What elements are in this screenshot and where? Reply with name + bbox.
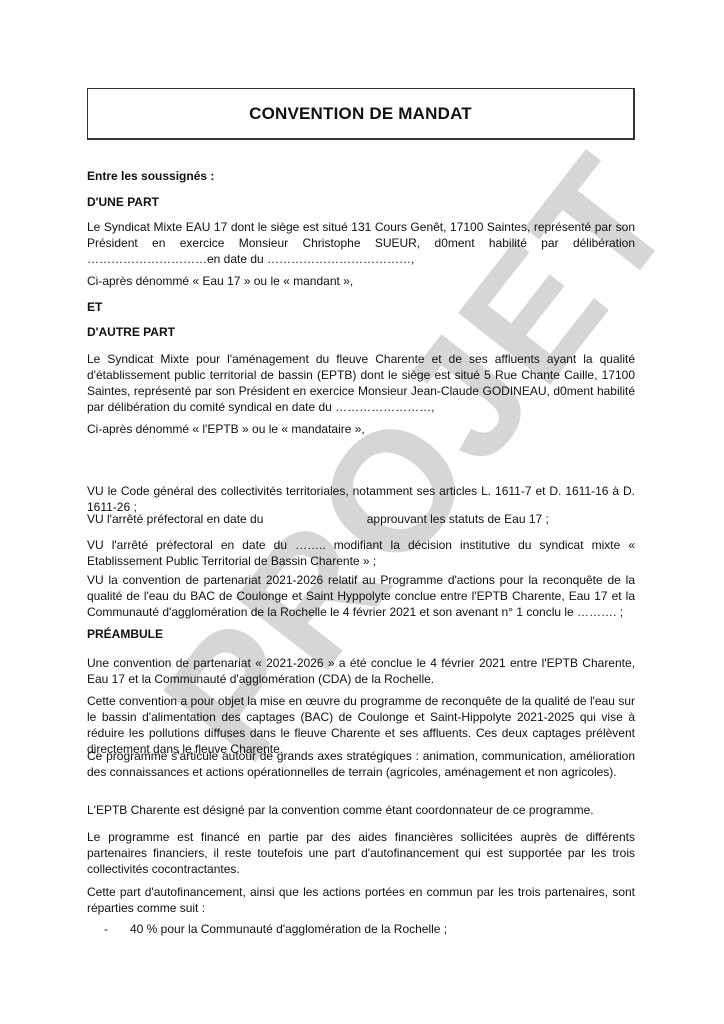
vu-clause-4: VU la convention de partenariat 2021-202… (87, 572, 635, 620)
bullet-item: 40 % pour la Communauté d'agglomération … (130, 922, 447, 936)
intro-label: Entre les soussignés : (87, 168, 635, 184)
part-two-heading: D'AUTRE PART (87, 324, 635, 340)
preamble-paragraph-4: L'EPTB Charente est désigné par la conve… (87, 802, 635, 818)
vu-clause-2: VU l'arrêté préfectoral en date du appro… (87, 511, 635, 527)
and-label: ET (87, 299, 635, 315)
part-one-text: Le Syndicat Mixte EAU 17 dont le siège e… (87, 219, 635, 267)
preamble-heading: PRÉAMBULE (87, 626, 635, 642)
bullet-marker: - (104, 922, 108, 936)
document-page: PROJET CONVENTION DE MANDAT Entre les so… (0, 0, 724, 1024)
preamble-paragraph-5: Le programme est financé en partie par d… (87, 829, 635, 877)
preamble-paragraph-1: Une convention de partenariat « 2021-202… (87, 655, 635, 687)
title-box: CONVENTION DE MANDAT (87, 88, 635, 140)
document-title: CONVENTION DE MANDAT (249, 104, 472, 124)
vu-clause-3: VU l'arrêté préfectoral en date du …….. … (87, 537, 635, 569)
part-two-alias: Ci-après dénommé « l'EPTB » ou le « mand… (87, 421, 635, 437)
preamble-paragraph-6: Cette part d'autofinancement, ainsi que … (87, 884, 635, 916)
part-two-text: Le Syndicat Mixte pour l'aménagement du … (87, 351, 635, 415)
part-one-heading: D'UNE PART (87, 194, 635, 210)
part-one-alias: Ci-après dénommé « Eau 17 » ou le « mand… (87, 273, 635, 289)
preamble-paragraph-3: Ce programme s'articule autour de grands… (87, 748, 635, 780)
